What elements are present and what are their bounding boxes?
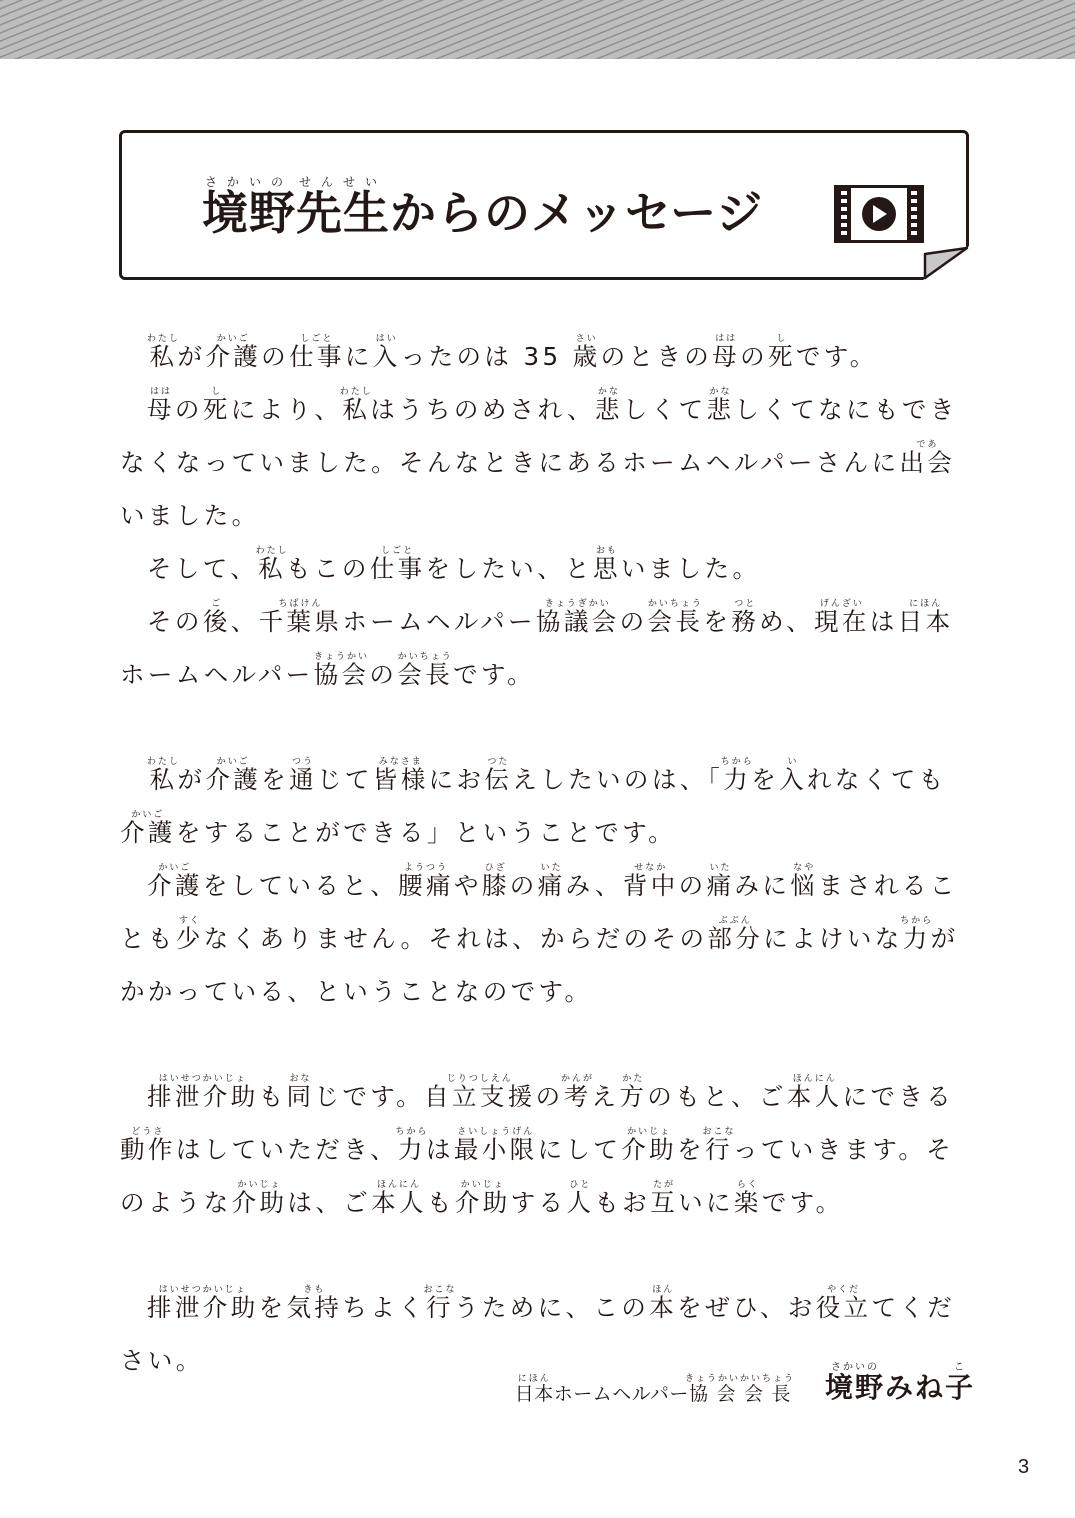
page-number: 3 (1018, 1456, 1029, 1479)
paragraph: 介護かいごをしていると、腰痛ようつうや膝ひざの痛いたみ、背中せなかの痛いたみに悩… (120, 859, 980, 1018)
ruby-word: 千葉県ちばけん (259, 607, 343, 636)
ruby-word: 会長かいちょう (397, 660, 453, 689)
message-body: 私わたしが介護かいごの仕事しごとに入はいったのは 35 歳さいのときの母ははの死… (120, 330, 980, 1387)
ruby-word: 死し (203, 395, 231, 424)
ruby-word: 仕事しごと (370, 554, 426, 583)
ruby-word: 協会会長きょうかいかいちょう (689, 1383, 795, 1405)
ruby-word: 日本にほん (515, 1383, 554, 1405)
ruby-word: 協議会きょうぎかい (536, 607, 620, 636)
page-curl-corner (923, 246, 969, 280)
paragraph: その後ご、千葉県ちばけんホームヘルパー協議会きょうぎかいの会長かいちょうを務つと… (120, 595, 980, 701)
paragraph: 排泄介助はいせつかいじょも同おなじです。自立支援じりつしえんの考かんがえ方かたの… (120, 1070, 980, 1229)
ruby-word: 力ちから (903, 924, 931, 953)
ruby-word: 本人ほんにん (371, 1188, 427, 1217)
paragraph: 私わたしが介護かいごを通つうじて皆様みなさまにお伝つたえしたいのは、「力ちからを… (120, 753, 980, 859)
paragraph: そして、私わたしもこの仕事しごとをしたい、と思おもいました。 (120, 542, 980, 595)
ruby-word: 務つと (731, 607, 759, 636)
ruby-word: 死し (768, 342, 796, 371)
ruby-word: 日本にほん (898, 607, 954, 636)
ruby-word: 介護かいご (120, 818, 176, 847)
ruby-word: 悲かな (707, 395, 735, 424)
ruby-word: 本人ほんにん (787, 1082, 843, 1111)
signature-organization: 日本にほんホームヘルパー協会会長きょうかいかいちょう (515, 1374, 795, 1406)
ruby-word: 人ひと (566, 1188, 594, 1217)
ruby-word: 伝つた (484, 765, 512, 794)
ruby-word: 私わたし (342, 395, 370, 424)
ruby-word: 会長かいちょう (648, 607, 704, 636)
ruby-word: 境野さかいの (202, 175, 296, 243)
ruby-word: 介助かいじょ (621, 1135, 677, 1164)
ruby-word: 先生せんせい (296, 175, 390, 243)
ruby-word: 行おこな (426, 1293, 454, 1322)
ruby-word: 最小限さいしょうげん (454, 1135, 538, 1164)
ruby-word: 気持きも (287, 1293, 343, 1322)
ruby-word: 悲かな (595, 395, 623, 424)
ruby-word: 自立支援じりつしえん (424, 1082, 536, 1111)
ruby-word: 介護かいご (205, 765, 261, 794)
ruby-word: 私わたし (258, 554, 286, 583)
ruby-word: 背中せなか (623, 871, 679, 900)
ruby-word: 出会であ (899, 448, 955, 477)
ruby-word: 楽らく (734, 1188, 762, 1217)
ruby-word: 動作どうさ (120, 1135, 176, 1164)
ruby-word: 役立やくだ (816, 1293, 872, 1322)
ruby-word: 協会きょうかい (314, 660, 370, 689)
ruby-word: 私わたし (147, 342, 177, 371)
ruby-word: 仕事しごと (289, 342, 345, 371)
ruby-word: 境野さかいの (825, 1371, 885, 1404)
ruby-word: 入い (779, 765, 807, 794)
ruby-word: 母はは (712, 342, 740, 371)
ruby-word: 痛いた (707, 871, 735, 900)
ruby-word: 後ご (203, 607, 231, 636)
signature: 日本にほんホームヘルパー協会会長きょうかいかいちょう 境野さかいのみね子こ (515, 1362, 975, 1406)
ruby-word: 本ほん (649, 1293, 677, 1322)
ruby-word: 母はは (147, 395, 175, 424)
ruby-word: 悩なや (790, 871, 818, 900)
ruby-word: 考かんが (564, 1082, 592, 1111)
title-box: 境野さかいの先生せんせいからのメッセージ (119, 130, 969, 280)
paragraph: 母ははの死しにより、私わたしはうちのめされ、悲かなしくて悲かなしくてなにもできな… (120, 383, 980, 542)
ruby-word: 歳さい (573, 342, 601, 371)
ruby-word: 私わたし (147, 765, 177, 794)
ruby-word: 介助かいじょ (455, 1188, 511, 1217)
ruby-word: 力ちから (723, 765, 751, 794)
ruby-word: 互たが (650, 1188, 678, 1217)
ruby-word: 方かた (619, 1082, 647, 1111)
ruby-word: 思おも (593, 554, 621, 583)
ruby-word: 力ちから (398, 1135, 426, 1164)
ruby-word: 部分ぶぶん (707, 924, 763, 953)
paragraph: 私わたしが介護かいごの仕事しごとに入はいったのは 35 歳さいのときの母ははの死… (120, 330, 980, 383)
ruby-word: 現在げんざい (814, 607, 870, 636)
top-striped-band (0, 0, 1075, 59)
ruby-word: 行おこな (705, 1135, 733, 1164)
ruby-word: 介助かいじょ (232, 1188, 288, 1217)
ruby-word: 通つう (289, 765, 317, 794)
ruby-word: 排泄介助はいせつかいじょ (147, 1082, 259, 1111)
video-play-icon[interactable] (834, 185, 924, 243)
ruby-word: 腰痛ようつう (398, 871, 454, 900)
ruby-word: 痛いた (538, 871, 566, 900)
ruby-word: 同おな (287, 1082, 315, 1111)
ruby-word: 皆様みなさま (373, 765, 429, 794)
signature-name: 境野さかいのみね子こ (825, 1362, 975, 1406)
ruby-word: 介護かいご (147, 871, 203, 900)
ruby-word: 入はい (373, 342, 401, 371)
page-title: 境野さかいの先生せんせいからのメッセージ (202, 175, 763, 243)
ruby-word: 少すく (176, 924, 204, 953)
ruby-word: 膝ひざ (482, 871, 510, 900)
ruby-word: 介護かいご (205, 342, 261, 371)
ruby-word: 排泄介助はいせつかいじょ (147, 1293, 259, 1322)
ruby-word: 子こ (945, 1371, 975, 1404)
